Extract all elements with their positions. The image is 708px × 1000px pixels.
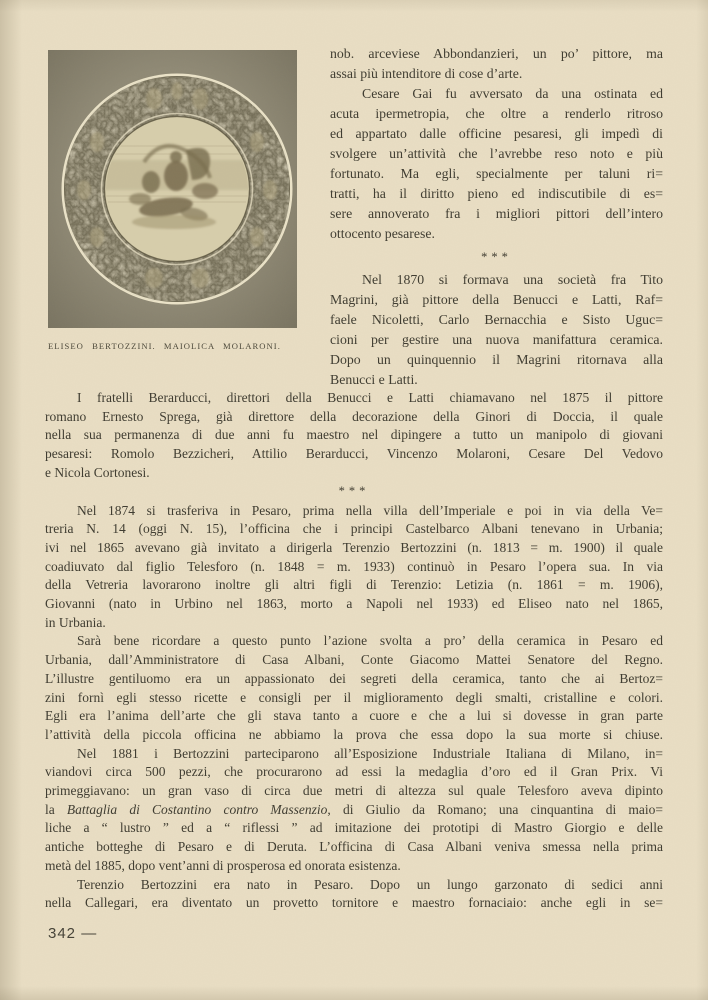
text-line: ottocento pesarese. <box>330 224 663 244</box>
text-line: primeggiavano: un gran vaso di circa due… <box>45 782 663 801</box>
right-column: nob. arceviese Abbondanzieri, un po’ pit… <box>330 44 663 390</box>
text-line: Terenzio Bertozzini era nato in Pesaro. … <box>45 876 663 895</box>
text-line: e Nicola Cortonesi. <box>45 464 663 483</box>
figure-caption: ELISEO BERTOZZINI. MAIOLICA MOLARONI. <box>48 341 338 351</box>
text-line: in Urbania. <box>45 614 663 633</box>
scan-shadow-bottom <box>0 986 708 1000</box>
text-line: Magrini, già pittore della Benucci e Lat… <box>330 290 663 310</box>
text-line: treria N. 14 (oggi N. 15), l’officina ch… <box>45 520 663 539</box>
text-line: nella sua permanenza di due anni fu maes… <box>45 426 663 445</box>
text-line: Cesare Gai fu avversato da una ostinata … <box>330 84 663 104</box>
text-line: nella Callegari, era diventato un provet… <box>45 894 663 913</box>
text-line: nob. arceviese Abbondanzieri, un po’ pit… <box>330 44 663 64</box>
maiolica-plate-photo <box>48 50 297 328</box>
paragraph-mattei: Sarà bene ricordare a questo punto l’azi… <box>45 632 663 744</box>
paragraph-esposizione-a: Nel 1881 i Bertozzini parteciparono all’… <box>45 745 663 801</box>
text-line: l’attività della piccola officina ne abb… <box>45 726 663 745</box>
page-number: 342 — <box>48 925 97 942</box>
text-line: Urbania, dall’Amministratore di Casa Alb… <box>45 651 663 670</box>
text-line: assai più intenditore di cose d’arte. <box>330 64 663 84</box>
paragraph-esposizione-b: liche a “ lustro ” ed a “ riflessi ” ad … <box>45 819 663 875</box>
text-line: della Vetreria lavorarono inoltre gli al… <box>45 576 663 595</box>
text-line: pesaresi: Romolo Bezzicheri, Attilio Ber… <box>45 445 663 464</box>
text-line: Sarà bene ricordare a questo punto l’azi… <box>45 632 663 651</box>
paragraph-vetreria: Nel 1874 si trasferiva in Pesaro, prima … <box>45 502 663 633</box>
text-line-italic-title: la Battaglia di Costantino contro Massen… <box>45 801 663 820</box>
text-line: Nel 1874 si trasferiva in Pesaro, prima … <box>45 502 663 521</box>
scan-shadow-right <box>696 0 708 1000</box>
text-line: Nel 1870 si formava una società fra Tito <box>330 270 663 290</box>
text-line: antiche botteghe di Pesaro e di Deruta. … <box>45 838 663 857</box>
paragraph-gai: Cesare Gai fu avversato da una ostinata … <box>330 84 663 244</box>
paragraph-terenzio: Terenzio Bertozzini era nato in Pesaro. … <box>45 876 663 913</box>
scan-shadow-top <box>0 0 708 12</box>
paragraph-berarducci: I fratelli Berarducci, direttori della B… <box>45 389 663 483</box>
text-line: metà del 1885, dopo vent’anni di prosper… <box>45 857 663 876</box>
text-line: liche a “ lustro ” ed a “ riflessi ” ad … <box>45 819 663 838</box>
text-line: coadiuvato dal figlio Telesforo (n. 1848… <box>45 558 663 577</box>
text-line: ed appartato dalle officine pesaresi, gl… <box>330 124 663 144</box>
text-line: faele Nicoletti, Carlo Bernacchia e Sist… <box>330 310 663 330</box>
text-line: L’illustre gentiluomo era un appassionat… <box>45 670 663 689</box>
text-line: zini fornì egli stesso ricette e consigl… <box>45 689 663 708</box>
text-line: Giovanni (nato in Urbino nel 1863, morto… <box>45 595 663 614</box>
text-line: Egli era l’anima dell’arte che gli stava… <box>45 707 663 726</box>
paragraph-magrini: Nel 1870 si formava una società fra Tito… <box>330 270 663 390</box>
text-line: acuta ipermetropia, che oltre a renderlo… <box>330 104 663 124</box>
text-line: sere annoverato fra i migliori pittori d… <box>330 204 663 224</box>
text-line: romano Ernesto Sprega, già direttore del… <box>45 408 663 427</box>
text-line: Nel 1881 i Bertozzini parteciparono all’… <box>45 745 663 764</box>
scan-shadow-left <box>0 0 22 1000</box>
text-line: Benucci e Latti. <box>330 370 663 390</box>
text-line: Dopo un quinquennio il Magrini ritornava… <box>330 350 663 370</box>
italic-line-pre: la <box>45 802 67 817</box>
text-line: fortunato. Ma egli, specialmente per tal… <box>330 164 663 184</box>
section-separator: *** <box>45 483 663 502</box>
book-page: { "page": { "number": "342 —", "backgrou… <box>0 0 708 1000</box>
text-line: viandovi circa 500 pezzi, che procuraron… <box>45 763 663 782</box>
italic-line-post: , di Giulio da Romano; una cinquantina d… <box>327 802 663 817</box>
section-separator: *** <box>330 244 663 270</box>
paragraph-continuation: nob. arceviese Abbondanzieri, un po’ pit… <box>330 44 663 84</box>
text-line: ivi nel 1865 avevano già invitato a diri… <box>45 539 663 558</box>
text-line: cioni per gestire una nuova manifattura … <box>330 330 663 350</box>
text-line: tratti, ha il diritto pieno ed indiscuti… <box>330 184 663 204</box>
text-line: svolgere un’attività che l’avrebbe reso … <box>330 144 663 164</box>
text-line: I fratelli Berarducci, direttori della B… <box>45 389 663 408</box>
artwork-title: Battaglia di Costantino contro Massenzio <box>67 802 327 817</box>
main-text: I fratelli Berarducci, direttori della B… <box>45 389 663 913</box>
